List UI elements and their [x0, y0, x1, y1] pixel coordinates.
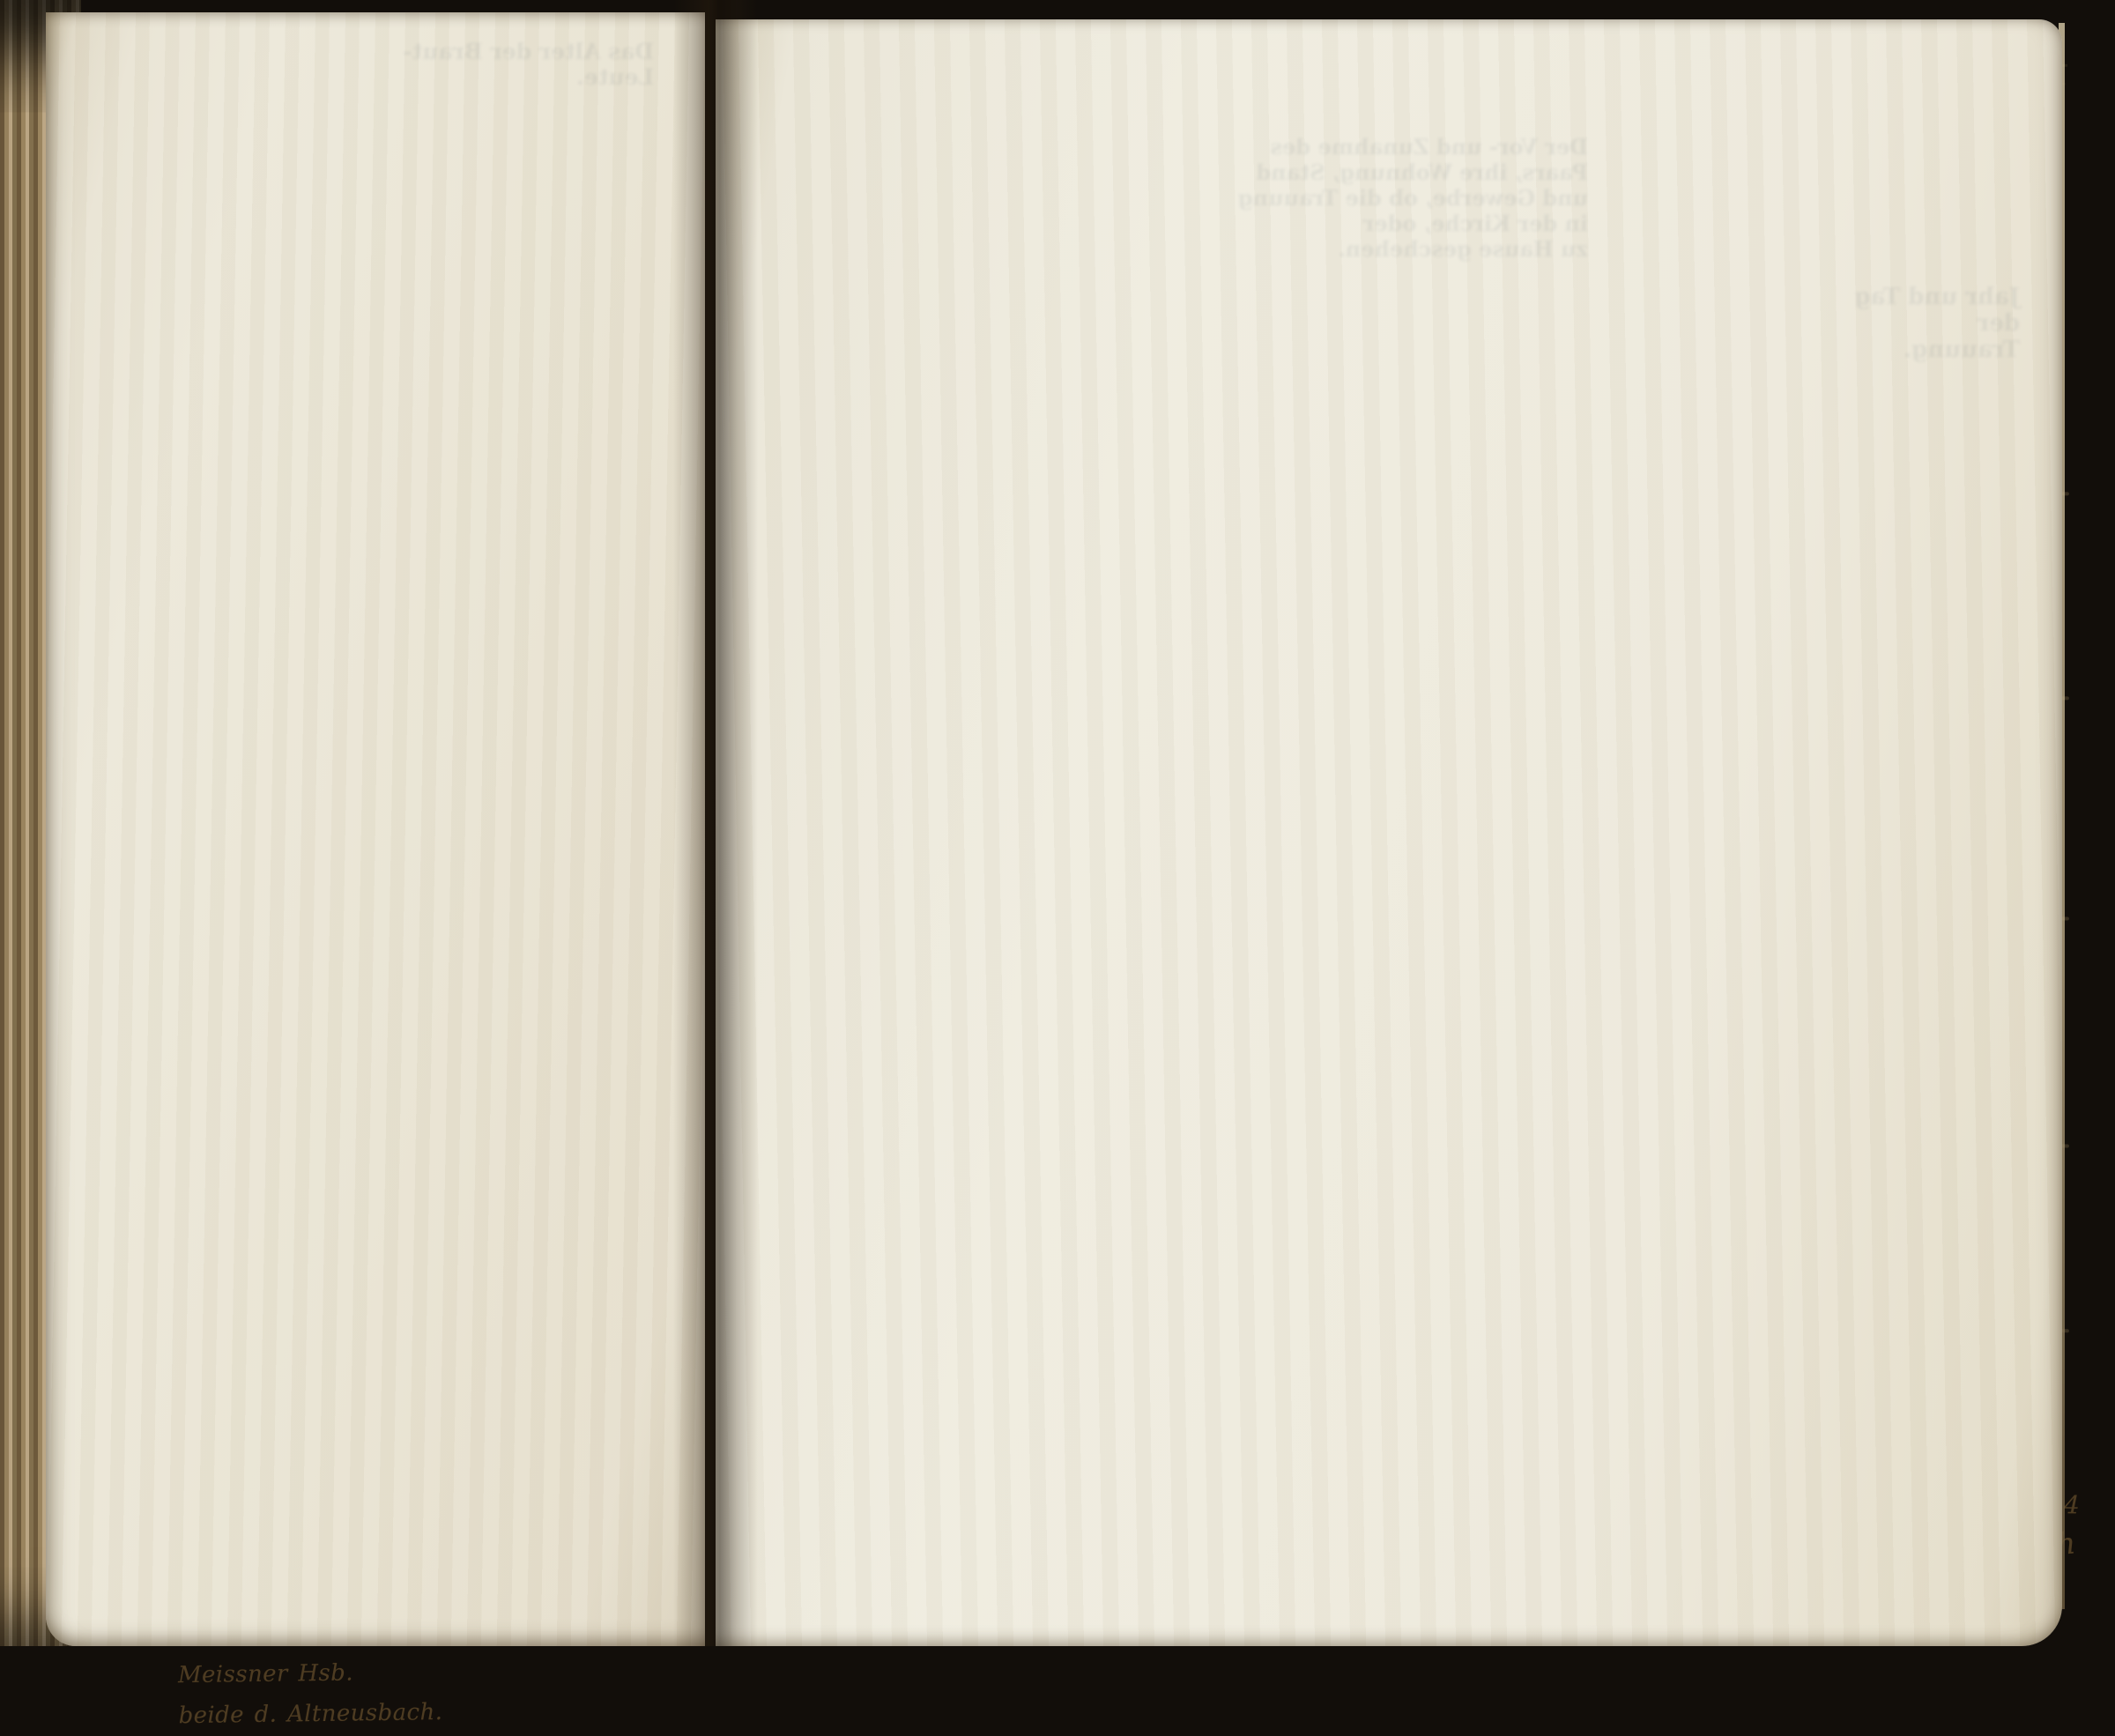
register-book-scan: Das Alter der Braut- Leute. Jahr und Tag…: [0, 0, 2115, 1646]
ghost-bleed-text: Der Vor- und Zunahme des Paars, ihre Woh…: [1218, 134, 1588, 262]
ghost-bleed-text: Jahr und Tag der Trauung.: [1729, 284, 2020, 363]
book-cover-edge: [2059, 0, 2115, 1646]
left-page: Das Alter der Braut- Leute.: [46, 12, 705, 1646]
ghost-bleed-text: Das Alter der Braut- Leute.: [275, 39, 654, 90]
right-page: Der Vor- und Zunahme des Paars, ihre Woh…: [716, 19, 2062, 1646]
